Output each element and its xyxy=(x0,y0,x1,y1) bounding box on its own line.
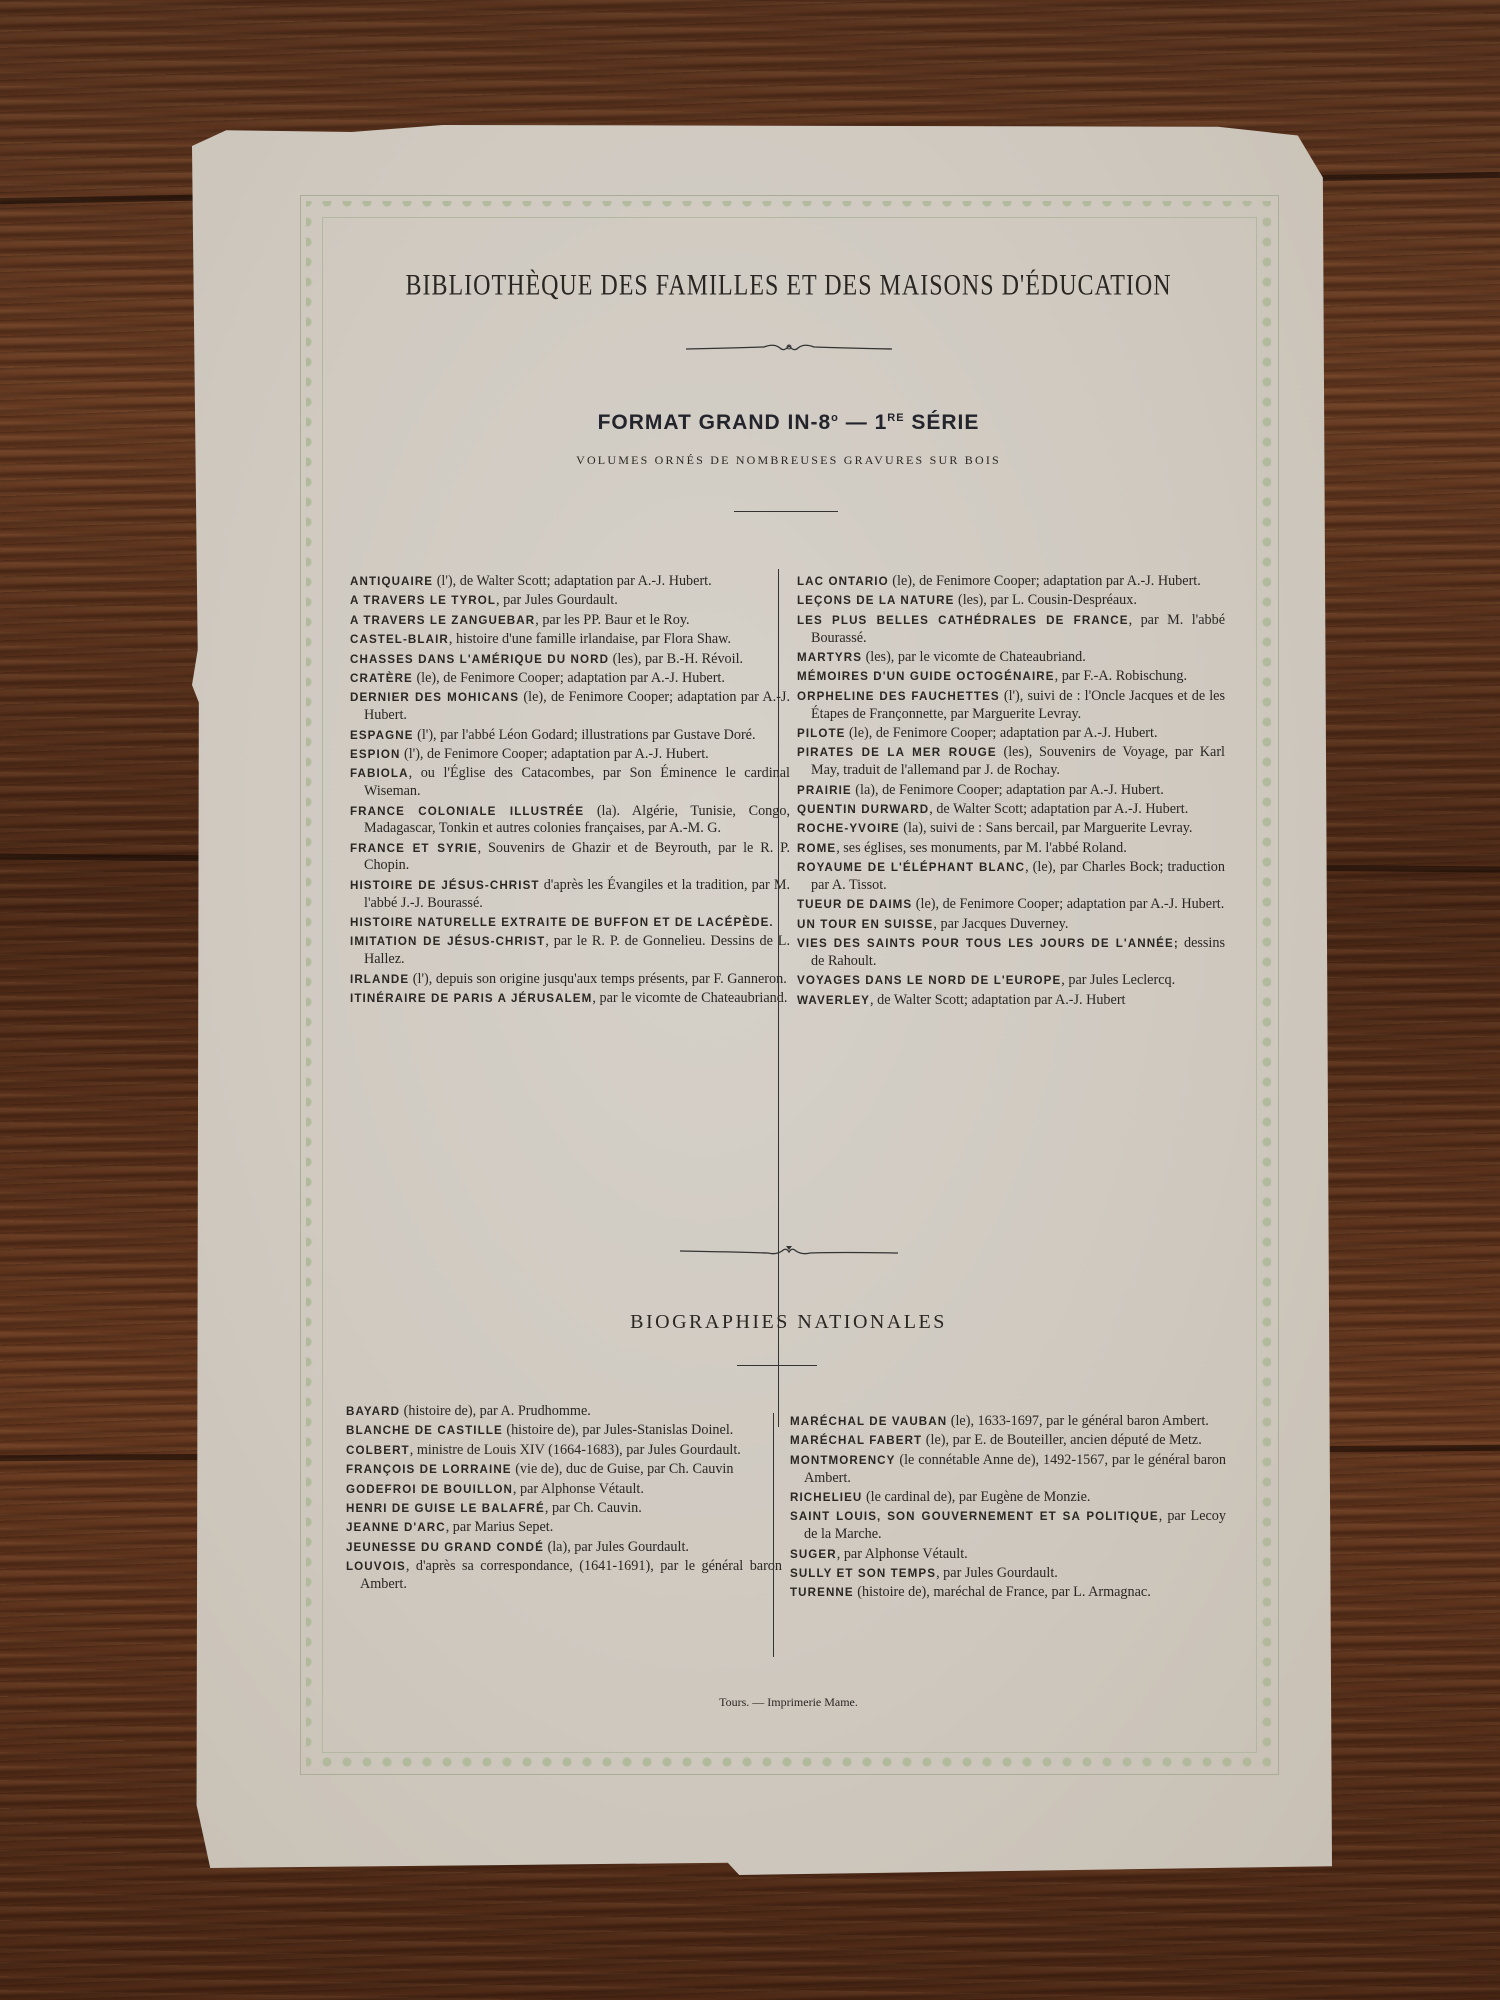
catalog-entry: FRANCE COLONIALE ILLUSTRÉE (la). Algérie… xyxy=(350,803,790,839)
entry-title: SAINT LOUIS, SON GOUVERNEMENT ET SA POLI… xyxy=(790,1510,1159,1523)
biography-entry: LOUVOIS, d'après sa correspondance, (164… xyxy=(346,1558,782,1594)
entry-title: ORPHELINE DES FAUCHETTES xyxy=(797,690,1000,703)
entry-detail: (la), de Fenimore Cooper; adaptation par… xyxy=(852,782,1164,798)
entry-title: A TRAVERS LE ZANGUEBAR xyxy=(350,614,535,627)
entry-detail: , de Walter Scott; adaptation par A.-J. … xyxy=(870,992,1125,1008)
entry-detail: , par F.-A. Robischung. xyxy=(1055,668,1187,684)
catalog-entry: ITINÉRAIRE DE PARIS A JÉRUSALEM, par le … xyxy=(350,990,790,1008)
entry-title: PIRATES DE LA MER ROUGE xyxy=(797,746,997,759)
entry-detail: , par les PP. Baur et le Roy. xyxy=(535,612,689,628)
entry-detail: , par Jules Leclercq. xyxy=(1061,972,1175,988)
entry-detail: (la), par Jules Gourdault. xyxy=(544,1539,689,1555)
catalog-entry: A TRAVERS LE ZANGUEBAR, par les PP. Baur… xyxy=(350,612,790,630)
entry-title: ROYAUME DE L'ÉLÉPHANT BLANC xyxy=(797,861,1025,874)
catalog-entry: ROME, ses églises, ses monuments, par M.… xyxy=(797,840,1225,858)
biography-entry: JEUNESSE DU GRAND CONDÉ (la), par Jules … xyxy=(346,1539,782,1557)
biographies-left-column: BAYARD (histoire de), par A. Prudhomme. … xyxy=(346,1403,782,1595)
catalog-entry: ROYAUME DE L'ÉLÉPHANT BLANC, (le), par C… xyxy=(797,859,1225,895)
fleuron-ornament-icon xyxy=(678,1243,900,1259)
entry-title: ANTIQUAIRE xyxy=(350,575,433,588)
entry-detail: (le cardinal de), par Eugène de Monzie. xyxy=(862,1489,1090,1505)
entry-detail: , par Jules Gourdault. xyxy=(496,592,618,608)
entry-detail: , ses églises, ses monuments, par M. l'a… xyxy=(836,840,1127,856)
biography-entry: RICHELIEU (le cardinal de), par Eugène d… xyxy=(790,1489,1226,1507)
catalog-left-column: ANTIQUAIRE (l'), de Walter Scott; adapta… xyxy=(350,573,790,1009)
biographies-title: BIOGRAPHIES NATIONALES xyxy=(322,1311,1255,1334)
entry-title: CRATÈRE xyxy=(350,672,413,685)
entry-title: MARÉCHAL DE VAUBAN xyxy=(790,1415,947,1428)
entry-detail: , par Ch. Cauvin. xyxy=(545,1500,642,1516)
entry-detail: (vie de), duc de Guise, par Ch. Cauvin xyxy=(512,1461,734,1477)
entry-detail: (le), de Fenimore Cooper; adaptation par… xyxy=(912,896,1224,912)
catalog-entry: FABIOLA, ou l'Église des Catacombes, par… xyxy=(350,765,790,801)
entry-title: FRANCE ET SYRIE xyxy=(350,842,478,855)
entry-title: IMITATION DE JÉSUS-CHRIST xyxy=(350,935,545,948)
entry-title: HENRI DE GUISE LE BALAFRÉ xyxy=(346,1502,545,1515)
entry-title: ITINÉRAIRE DE PARIS A JÉRUSALEM xyxy=(350,992,592,1005)
entry-title: MÉMOIRES D'UN GUIDE OCTOGÉNAIRE xyxy=(797,670,1055,683)
entry-detail: , ministre de Louis XIV (1664-1683), par… xyxy=(410,1442,741,1458)
catalog-entry: MARTYRS (les), par le vicomte de Chateau… xyxy=(797,649,1225,667)
entry-title: BAYARD xyxy=(346,1405,400,1418)
entry-title: COLBERT xyxy=(346,1444,410,1457)
biography-entry: JEANNE D'ARC, par Marius Sepet. xyxy=(346,1519,782,1537)
entry-detail: , de Walter Scott; adaptation par A.-J. … xyxy=(929,801,1188,817)
catalog-entry: VIES DES SAINTS POUR TOUS LES JOURS DE L… xyxy=(797,935,1225,971)
entry-title: LES PLUS BELLES CATHÉDRALES DE FRANCE xyxy=(797,614,1129,627)
catalog-entry: FRANCE ET SYRIE, Souvenirs de Ghazir et … xyxy=(350,840,790,876)
entry-title: TURENNE xyxy=(790,1586,854,1599)
entry-title: HISTOIRE NATURELLE EXTRAITE DE BUFFON ET… xyxy=(350,916,774,929)
catalog-entry: ORPHELINE DES FAUCHETTES (l'), suivi de … xyxy=(797,688,1225,724)
entry-detail: , par Alphonse Vétault. xyxy=(513,1481,644,1497)
entry-title: QUENTIN DURWARD xyxy=(797,803,929,816)
entry-detail: (le), 1633-1697, par le général baron Am… xyxy=(947,1413,1209,1429)
catalog-entry: PIRATES DE LA MER ROUGE (les), Souvenirs… xyxy=(797,744,1225,780)
entry-title: JEUNESSE DU GRAND CONDÉ xyxy=(346,1541,544,1554)
catalog-entry: DERNIER DES MOHICANS (le), de Fenimore C… xyxy=(350,689,790,725)
entry-detail: (le), de Fenimore Cooper; adaptation par… xyxy=(413,670,725,686)
catalog-entry: LAC ONTARIO (le), de Fenimore Cooper; ad… xyxy=(797,573,1225,591)
entry-title: BLANCHE DE CASTILLE xyxy=(346,1424,503,1437)
format-title: FORMAT GRAND IN-8o — 1RE SÉRIE xyxy=(322,411,1255,435)
catalog-entry: ESPAGNE (l'), par l'abbé Léon Godard; il… xyxy=(350,727,790,745)
catalog-entry: A TRAVERS LE TYROL, par Jules Gourdault. xyxy=(350,592,790,610)
entry-title: TUEUR DE DAIMS xyxy=(797,898,912,911)
entry-detail: (la), suivi de : Sans bercail, par Margu… xyxy=(900,820,1193,836)
entry-detail: , par Jules Gourdault. xyxy=(936,1565,1058,1581)
biography-entry: SAINT LOUIS, SON GOUVERNEMENT ET SA POLI… xyxy=(790,1508,1226,1544)
entry-detail: , d'après sa correspondance, (1641-1691)… xyxy=(360,1558,782,1592)
entry-title: LAC ONTARIO xyxy=(797,575,889,588)
biography-entry: BAYARD (histoire de), par A. Prudhomme. xyxy=(346,1403,782,1421)
catalog-entry: CRATÈRE (le), de Fenimore Cooper; adapta… xyxy=(350,670,790,688)
printer-imprint: Tours. — Imprimerie Mame. xyxy=(322,1695,1255,1710)
entry-detail: (l'), par l'abbé Léon Godard; illustrati… xyxy=(414,727,756,743)
entry-title: PRAIRIE xyxy=(797,784,852,797)
catalog-entry: WAVERLEY, de Walter Scott; adaptation pa… xyxy=(797,992,1225,1010)
entry-detail: (les), par L. Cousin-Despréaux. xyxy=(954,592,1136,608)
catalog-entry: CHASSES DANS L'AMÉRIQUE DU NORD (les), p… xyxy=(350,651,790,669)
biography-entry: SUGER, par Alphonse Vétault. xyxy=(790,1546,1226,1564)
entry-detail: (histoire de), maréchal de France, par L… xyxy=(854,1584,1151,1600)
biographies-right-column: MARÉCHAL DE VAUBAN (le), 1633-1697, par … xyxy=(790,1413,1226,1604)
catalog-right-column: LAC ONTARIO (le), de Fenimore Cooper; ad… xyxy=(797,573,1225,1011)
entry-detail: (histoire de), par Jules-Stanislas Doine… xyxy=(503,1422,734,1438)
entry-detail: (l'), depuis son origine jusqu'aux temps… xyxy=(409,971,787,987)
entry-detail: , par Alphonse Vétault. xyxy=(837,1546,968,1562)
catalog-entry: PRAIRIE (la), de Fenimore Cooper; adapta… xyxy=(797,782,1225,800)
entry-title: A TRAVERS LE TYROL xyxy=(350,594,496,607)
entry-detail: (l'), de Fenimore Cooper; adaptation par… xyxy=(400,746,708,762)
catalog-entry: PILOTE (le), de Fenimore Cooper; adaptat… xyxy=(797,725,1225,743)
entry-detail: (le), de Fenimore Cooper; adaptation par… xyxy=(845,725,1157,741)
entry-detail: , par le vicomte de Chateaubriand. xyxy=(592,990,787,1006)
entry-title: ESPION xyxy=(350,748,400,761)
entry-detail: (les), par B.-H. Révoil. xyxy=(609,651,743,667)
entry-title: DERNIER DES MOHICANS xyxy=(350,691,519,704)
catalog-entry: IMITATION DE JÉSUS-CHRIST, par le R. P. … xyxy=(350,933,790,969)
entry-title: GODEFROI DE BOUILLON xyxy=(346,1483,513,1496)
entry-title: MARTYRS xyxy=(797,651,862,664)
biography-entry: SULLY ET SON TEMPS, par Jules Gourdault. xyxy=(790,1565,1226,1583)
biography-entry: COLBERT, ministre de Louis XIV (1664-168… xyxy=(346,1442,782,1460)
entry-title: FABIOLA xyxy=(350,767,409,780)
biography-entry: BLANCHE DE CASTILLE (histoire de), par J… xyxy=(346,1422,782,1440)
catalog-entry: QUENTIN DURWARD, de Walter Scott; adapta… xyxy=(797,801,1225,819)
biography-entry: MARÉCHAL FABERT (le), par E. de Bouteill… xyxy=(790,1432,1226,1450)
catalog-entry: TUEUR DE DAIMS (le), de Fenimore Cooper;… xyxy=(797,896,1225,914)
catalog-entry: ANTIQUAIRE (l'), de Walter Scott; adapta… xyxy=(350,573,790,591)
format-title-mid: — 1 xyxy=(839,411,887,434)
entry-detail: (les), par le vicomte de Chateaubriand. xyxy=(862,649,1086,665)
biography-entry: MARÉCHAL DE VAUBAN (le), 1633-1697, par … xyxy=(790,1413,1226,1431)
biography-entry: MONTMORENCY (le connétable Anne de), 149… xyxy=(790,1452,1226,1488)
entry-title: VIES DES SAINTS POUR TOUS LES JOURS DE L… xyxy=(797,937,1179,950)
catalog-entry: UN TOUR EN SUISSE, par Jacques Duverney. xyxy=(797,916,1225,934)
format-degree: o xyxy=(831,412,839,424)
entry-detail: , par Marius Sepet. xyxy=(446,1519,554,1535)
entry-detail: (le), de Fenimore Cooper; adaptation par… xyxy=(889,573,1201,589)
entry-title: LEÇONS DE LA NATURE xyxy=(797,594,954,607)
catalog-entry: VOYAGES DANS LE NORD DE L'EUROPE, par Ju… xyxy=(797,972,1225,990)
catalog-column-divider xyxy=(778,569,779,1427)
catalog-entry: ROCHE-YVOIRE (la), suivi de : Sans berca… xyxy=(797,820,1225,838)
entry-title: VOYAGES DANS LE NORD DE L'EUROPE xyxy=(797,974,1061,987)
entry-title: LOUVOIS xyxy=(346,1560,406,1573)
entry-title: ESPAGNE xyxy=(350,729,414,742)
biography-entry: GODEFROI DE BOUILLON, par Alphonse Vétau… xyxy=(346,1481,782,1499)
entry-detail: , par Jacques Duverney. xyxy=(933,916,1068,932)
biography-entry: FRANÇOIS DE LORRAINE (vie de), duc de Gu… xyxy=(346,1461,782,1479)
entry-detail: (le), par E. de Bouteiller, ancien déput… xyxy=(922,1432,1202,1448)
short-rule xyxy=(737,1365,817,1366)
catalog-entry: CASTEL-BLAIR, histoire d'une famille irl… xyxy=(350,631,790,649)
entry-title: SUGER xyxy=(790,1548,837,1561)
entry-title: FRANCE COLONIALE ILLUSTRÉE xyxy=(350,805,584,818)
catalog-entry: LES PLUS BELLES CATHÉDRALES DE FRANCE, p… xyxy=(797,612,1225,648)
format-subtitle: VOLUMES ORNÉS DE NOMBREUSES GRAVURES SUR… xyxy=(322,453,1255,468)
entry-title: IRLANDE xyxy=(350,973,409,986)
catalog-entry: IRLANDE (l'), depuis son origine jusqu'a… xyxy=(350,971,790,989)
short-rule xyxy=(734,511,838,512)
catalog-entry: LEÇONS DE LA NATURE (les), par L. Cousin… xyxy=(797,592,1225,610)
entry-title: JEANNE D'ARC xyxy=(346,1521,446,1534)
format-title-end: SÉRIE xyxy=(905,411,980,434)
entry-title: WAVERLEY xyxy=(797,994,870,1007)
entry-detail: , histoire d'une famille irlandaise, par… xyxy=(449,631,731,647)
catalog-entry: ESPION (l'), de Fenimore Cooper; adaptat… xyxy=(350,746,790,764)
entry-title: RICHELIEU xyxy=(790,1491,862,1504)
series-title: BIBLIOTHÈQUE DES FAMILLES ET DES MAISONS… xyxy=(322,270,1255,304)
catalog-entry: MÉMOIRES D'UN GUIDE OCTOGÉNAIRE, par F.-… xyxy=(797,668,1225,686)
catalog-page: BIBLIOTHÈQUE DES FAMILLES ET DES MAISONS… xyxy=(322,217,1255,1751)
biography-entry: TURENNE (histoire de), maréchal de Franc… xyxy=(790,1584,1226,1602)
catalog-entry: HISTOIRE NATURELLE EXTRAITE DE BUFFON ET… xyxy=(350,914,790,932)
biographies-column-divider xyxy=(773,1413,774,1657)
fleuron-ornament-icon xyxy=(684,340,894,356)
entry-title: MARÉCHAL FABERT xyxy=(790,1434,922,1447)
entry-title: HISTOIRE DE JÉSUS-CHRIST xyxy=(350,879,540,892)
format-superscript: RE xyxy=(887,412,904,424)
entry-title: MONTMORENCY xyxy=(790,1454,896,1467)
entry-title: CASTEL-BLAIR xyxy=(350,633,449,646)
entry-title: SULLY ET SON TEMPS xyxy=(790,1567,936,1580)
entry-detail: (l'), de Walter Scott; adaptation par A.… xyxy=(433,573,712,589)
entry-title: PILOTE xyxy=(797,727,845,740)
format-title-main: FORMAT GRAND IN-8 xyxy=(598,411,832,434)
entry-title: ROME xyxy=(797,842,836,855)
entry-detail: (histoire de), par A. Prudhomme. xyxy=(400,1403,591,1419)
entry-title: ROCHE-YVOIRE xyxy=(797,822,900,835)
entry-title: CHASSES DANS L'AMÉRIQUE DU NORD xyxy=(350,653,609,666)
entry-title: FRANÇOIS DE LORRAINE xyxy=(346,1463,512,1476)
catalog-entry: HISTOIRE DE JÉSUS-CHRIST d'après les Éva… xyxy=(350,877,790,913)
biography-entry: HENRI DE GUISE LE BALAFRÉ, par Ch. Cauvi… xyxy=(346,1500,782,1518)
entry-title: UN TOUR EN SUISSE xyxy=(797,918,933,931)
entry-detail: , ou l'Église des Catacombes, par Son Ém… xyxy=(364,765,790,799)
